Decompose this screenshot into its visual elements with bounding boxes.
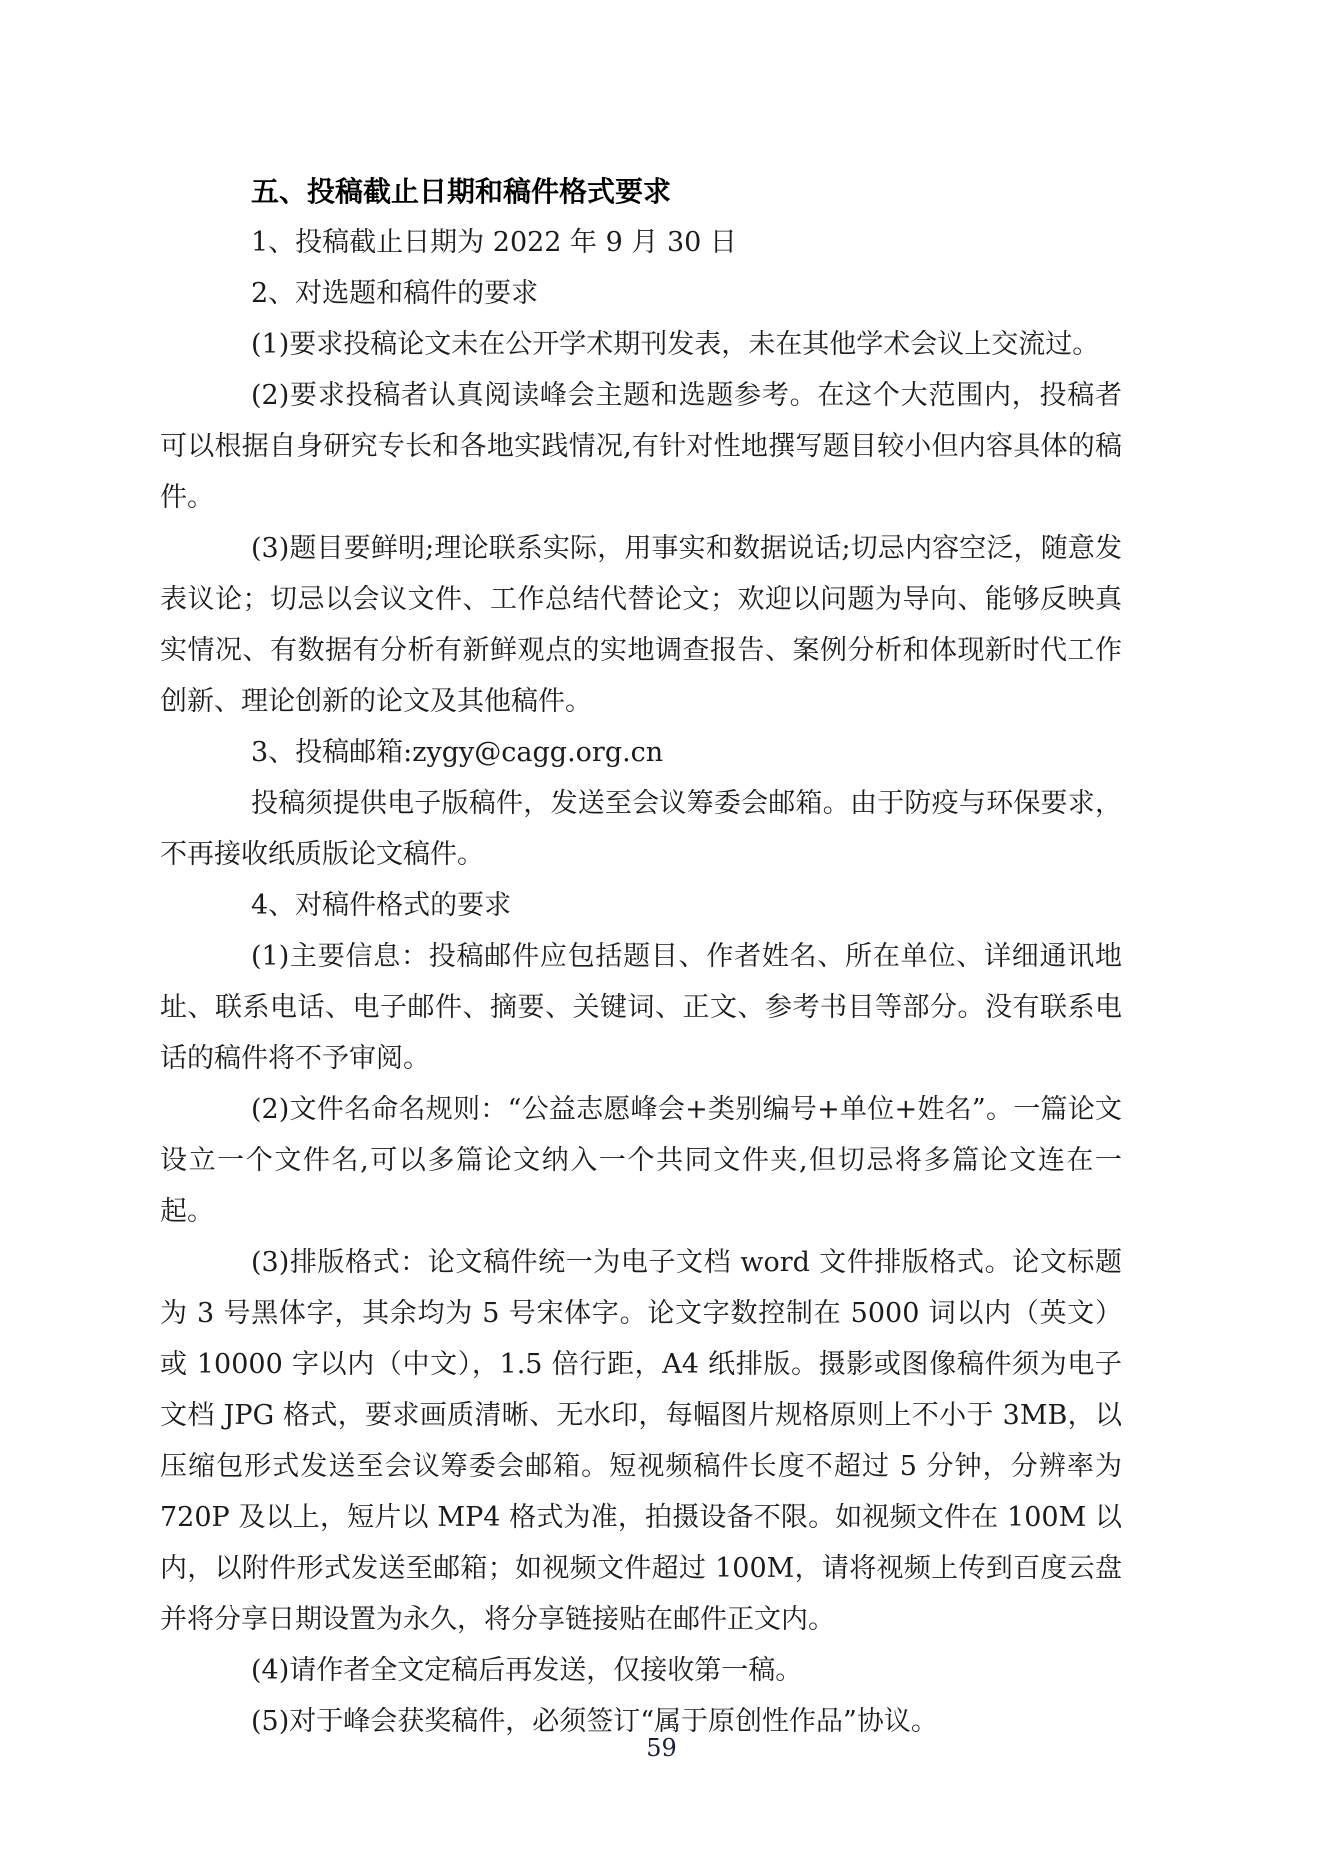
page-number: 59	[0, 1734, 1323, 1762]
paragraph-format-1-main-info: (1)主要信息：投稿邮件应包括题目、作者姓名、所在单位、详细通讯地址、联系电话、…	[160, 931, 1122, 1084]
document-body: 五、投稿截止日期和稿件格式要求 1、投稿截止日期为 2022 年 9 月 30 …	[160, 166, 1122, 1747]
paragraph-topic-requirements-title: 2、对选题和稿件的要求	[160, 268, 1122, 319]
paragraph-submission-email: 3、投稿邮箱:zygy@cagg.org.cn	[160, 727, 1122, 778]
paragraph-format-requirements-title: 4、对稿件格式的要求	[160, 880, 1122, 931]
document-page: 五、投稿截止日期和稿件格式要求 1、投稿截止日期为 2022 年 9 月 30 …	[0, 0, 1323, 1871]
paragraph-requirement-2: (2)要求投稿者认真阅读峰会主题和选题参考。在这个大范围内，投稿者可以根据自身研…	[160, 370, 1122, 523]
paragraph-format-4-final-draft: (4)请作者全文定稿后再发送，仅接收第一稿。	[160, 1645, 1122, 1696]
section-heading: 五、投稿截止日期和稿件格式要求	[160, 166, 1122, 217]
paragraph-deadline: 1、投稿截止日期为 2022 年 9 月 30 日	[160, 217, 1122, 268]
paragraph-format-3-layout: (3)排版格式：论文稿件统一为电子文档 word 文件排版格式。论文标题为 3 …	[160, 1237, 1122, 1645]
paragraph-format-2-filename-rule: (2)文件名命名规则：“公益志愿峰会+类别编号+单位+姓名”。一篇论文设立一个文…	[160, 1084, 1122, 1237]
paragraph-requirement-1: (1)要求投稿论文未在公开学术期刊发表，未在其他学术会议上交流过。	[160, 319, 1122, 370]
paragraph-requirement-3: (3)题目要鲜明;理论联系实际，用事实和数据说话;切忌内容空泛，随意发表议论；切…	[160, 523, 1122, 727]
paragraph-electronic-only-note: 投稿须提供电子版稿件，发送至会议筹委会邮箱。由于防疫与环保要求，不再接收纸质版论…	[160, 778, 1122, 880]
